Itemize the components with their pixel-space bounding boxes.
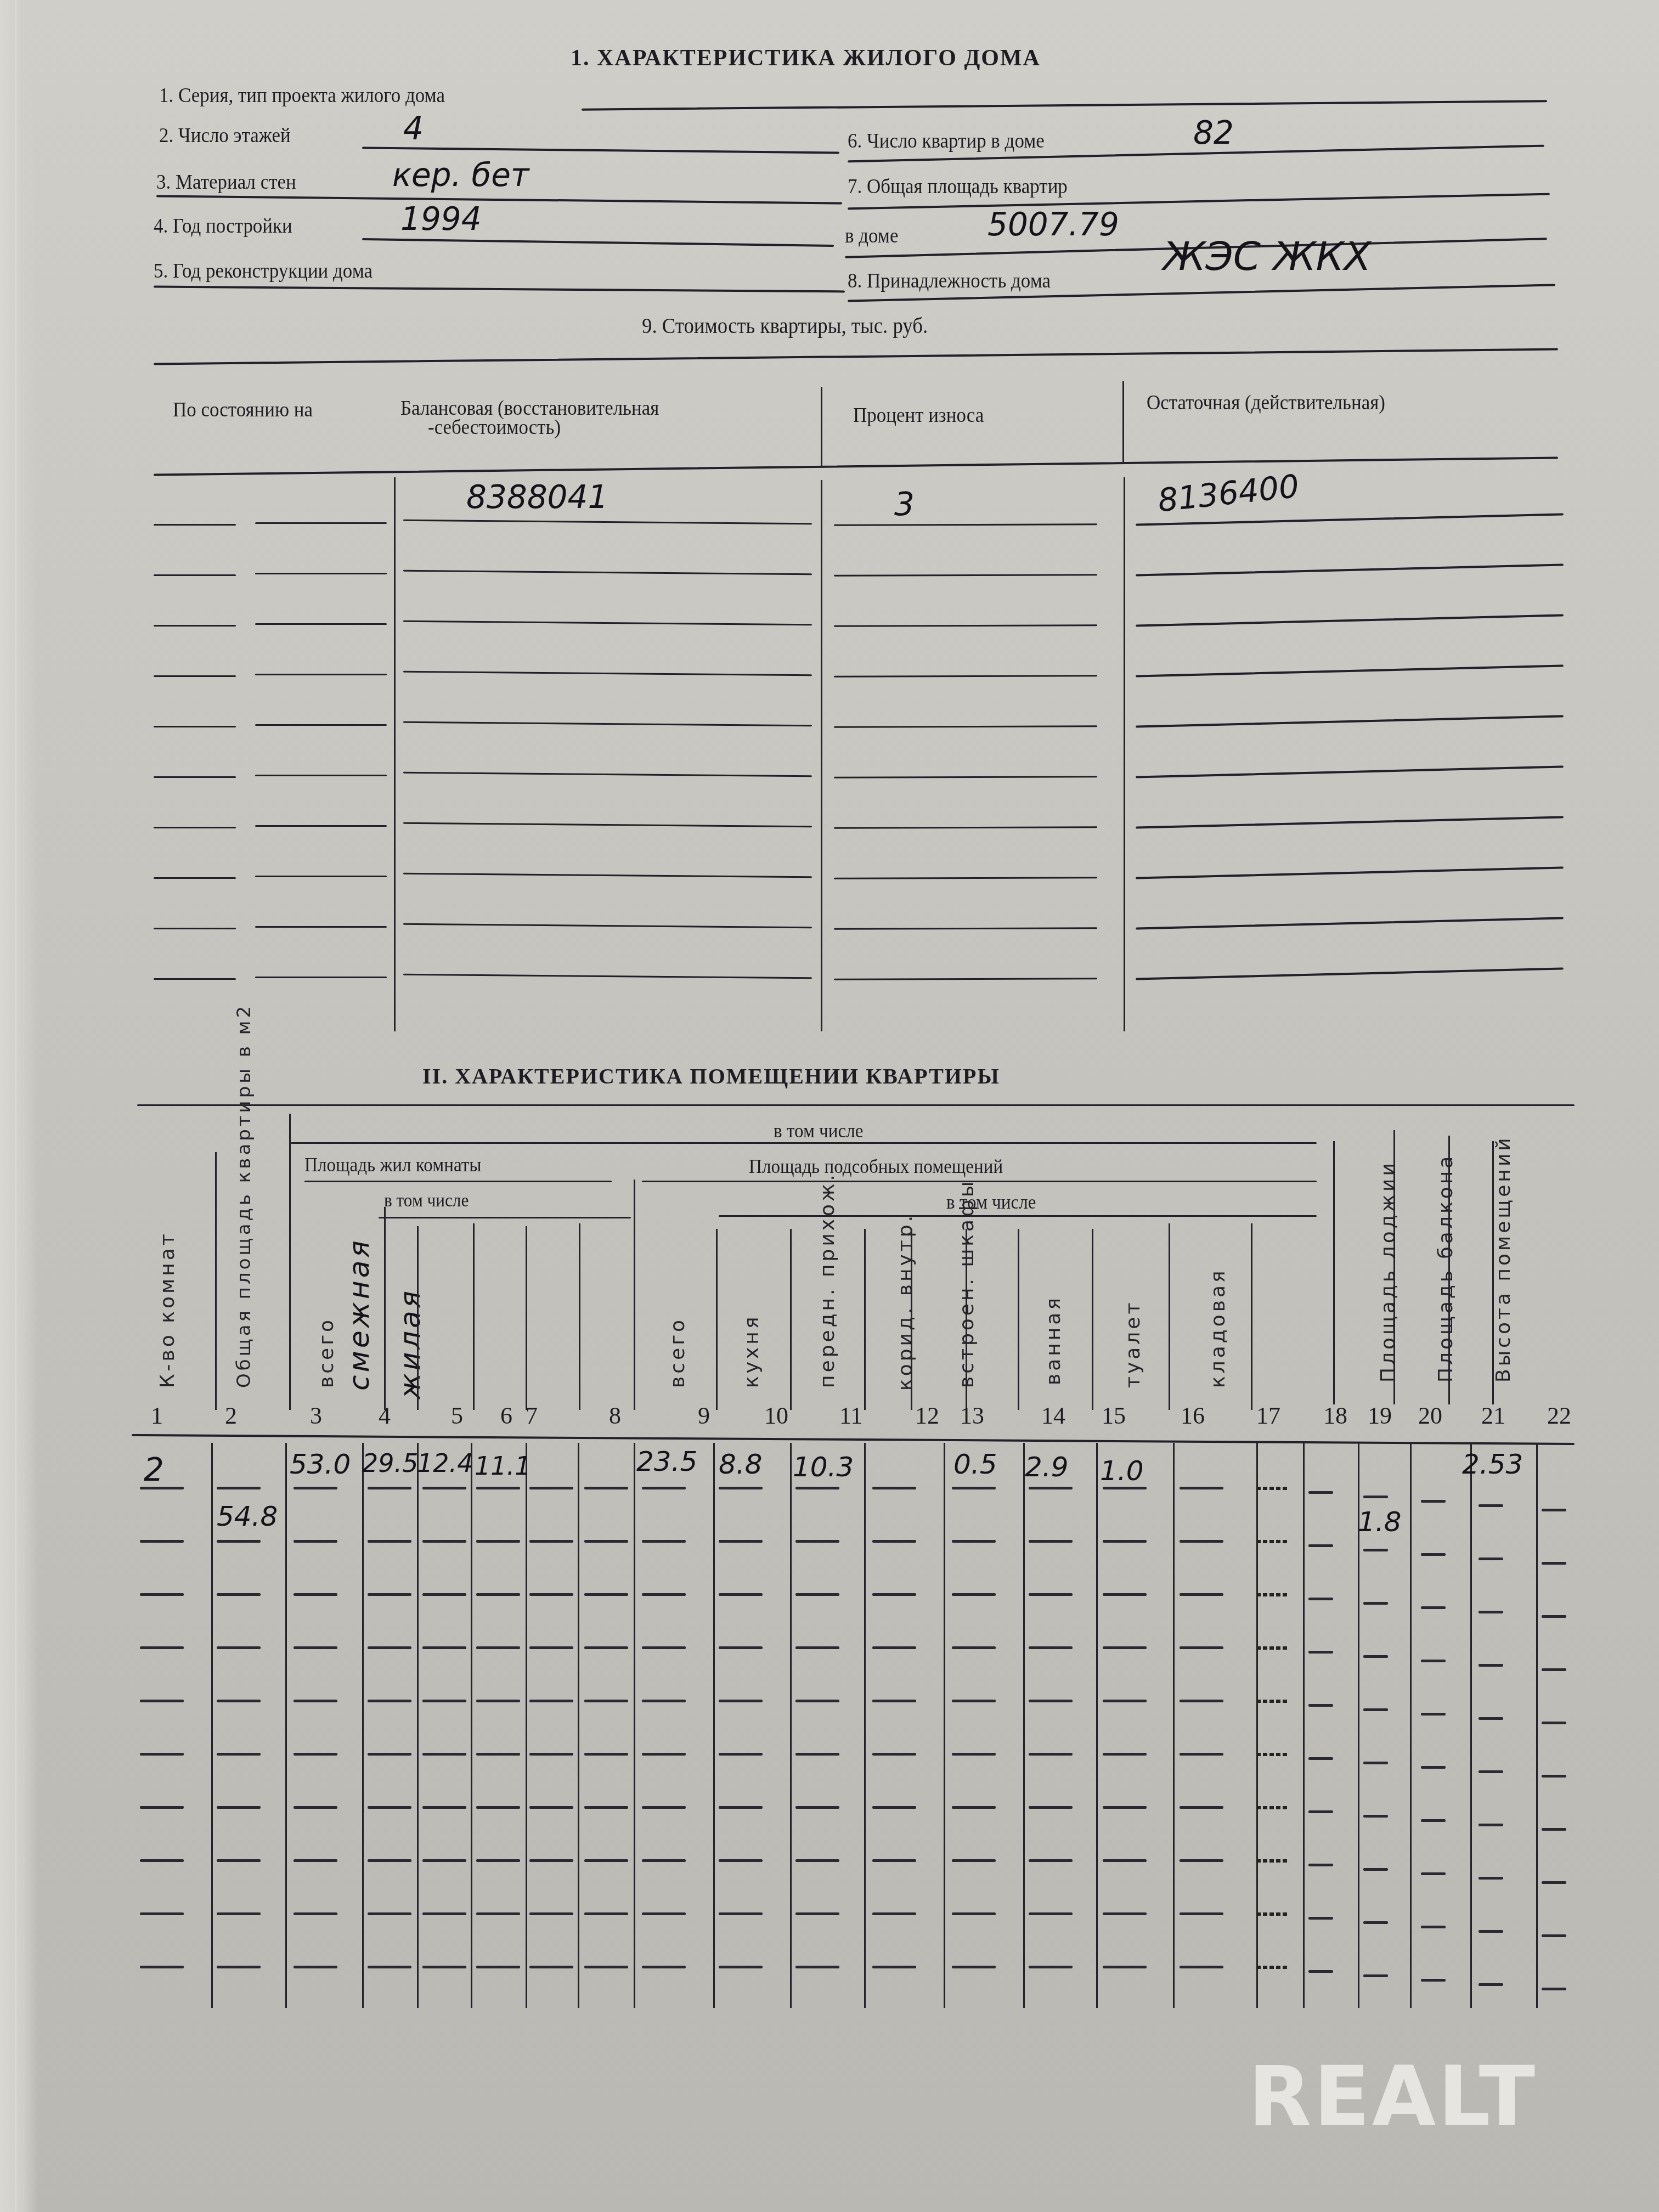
column-number: 3 [310, 1402, 322, 1430]
cell-dash [476, 1806, 520, 1809]
cell-dash [872, 1540, 916, 1543]
cell-dash [584, 1700, 628, 1702]
cell-dash [217, 1487, 261, 1489]
realt-watermark-logo: REALT [1248, 2049, 1537, 2145]
header-divider [1251, 1223, 1252, 1410]
header-living-including: в том числе [384, 1190, 469, 1211]
cell-dash [529, 1700, 573, 1702]
cell-dash [584, 1753, 628, 1756]
cost-row-rule [834, 675, 1097, 678]
cell-dash [952, 1753, 996, 1756]
cost-row-rule [403, 520, 812, 525]
column-number: 19 [1368, 1402, 1392, 1430]
cell-dash [1103, 1859, 1147, 1862]
cell-total-area: 54.8 [217, 1500, 278, 1532]
cell-dash [872, 1593, 916, 1596]
dotted-mark [1256, 1700, 1289, 1703]
cell-dash [1180, 1859, 1223, 1862]
cost-row-rule [255, 977, 387, 978]
cell-dash [952, 1540, 996, 1543]
cell-dash [140, 1806, 184, 1809]
cost-row-rule [403, 923, 812, 929]
cost-row-rule [1136, 614, 1564, 627]
cell-dash [795, 1806, 839, 1809]
cell-dash [1308, 1651, 1333, 1654]
cell-toilet: 1.0 [1100, 1455, 1144, 1487]
cost-row-rule [834, 978, 1097, 980]
cell-dash [1421, 1926, 1446, 1928]
cell-dash [368, 1859, 411, 1862]
cell-dash [422, 1487, 466, 1489]
cell-dash [1421, 1819, 1446, 1822]
cell-dash [1421, 1979, 1446, 1982]
header-divider [215, 1152, 217, 1410]
header-divider [579, 1223, 580, 1410]
cost-row-rule [834, 826, 1097, 829]
cell-dash [1029, 1700, 1073, 1702]
cell-dash [368, 1912, 411, 1915]
cell-rooms-count: 2 [144, 1451, 164, 1488]
cost-row-rule [834, 574, 1097, 577]
handwritten-adjacent: смежная [343, 1215, 376, 1391]
cell-dash [872, 1700, 916, 1702]
cell-aux-total: 23.5 [636, 1446, 697, 1477]
cost-row-rule [255, 926, 387, 928]
header-divider [716, 1229, 718, 1410]
cost-row-rule [154, 877, 236, 879]
cell-dash [1479, 1558, 1503, 1560]
header-residual: Остаточная (действительная) [1147, 391, 1385, 415]
cell-dash [1308, 1491, 1333, 1494]
header-divider [1092, 1229, 1093, 1410]
cell-dash [795, 1540, 839, 1543]
rule-living-including [379, 1217, 631, 1218]
handwritten-living: жилая [394, 1234, 427, 1399]
cell-dash [1029, 1966, 1073, 1968]
cell-dash [1180, 1966, 1223, 1968]
header-divider [1333, 1141, 1335, 1404]
cell-living-total: 53.0 [290, 1448, 351, 1480]
cell-dash [1542, 1615, 1566, 1618]
cell-dash [1180, 1540, 1223, 1543]
header-date: По состоянию на [173, 398, 313, 422]
field-walls-label: 3. Материал стен [156, 170, 296, 194]
cell-dash [872, 1487, 916, 1489]
field-ownership-value: ЖЭС ЖКХ [1163, 233, 1371, 279]
cost-table-header-rule [154, 456, 1558, 476]
cell-dash [140, 1859, 184, 1862]
cell-dash [584, 1859, 628, 1862]
cell-dash [368, 1966, 411, 1968]
cell-dash [642, 1487, 686, 1489]
cell-dash [368, 1753, 411, 1756]
column-number: 2 [225, 1402, 237, 1430]
cell-dash [217, 1859, 261, 1862]
column-number: 10 [764, 1402, 788, 1430]
header-wear: Процент износа [853, 403, 984, 427]
cost-row-rule [255, 623, 387, 625]
column-number: 13 [960, 1402, 984, 1430]
field-area-in-house-label: в доме [845, 224, 898, 248]
header-divider [1448, 1136, 1450, 1404]
cell-dash [952, 1966, 996, 1968]
cell-dash [1180, 1700, 1223, 1702]
cost-row-rule [154, 827, 236, 828]
cell-dash [1542, 1509, 1566, 1511]
cell-dash [1363, 1496, 1388, 1498]
column-number: 21 [1481, 1402, 1505, 1430]
cell-dash [476, 1540, 520, 1543]
cell-dash [1308, 1917, 1333, 1920]
cell-dash [584, 1487, 628, 1489]
cell-dash [368, 1700, 411, 1702]
cell-dash [719, 1540, 763, 1543]
cost-balance-value: 8388041 [466, 478, 608, 516]
cell-dash [368, 1593, 411, 1596]
dotted-mark [1256, 1540, 1289, 1543]
cell-dash [422, 1593, 466, 1596]
cell-dash [1308, 1704, 1333, 1707]
cell-bathroom: 2.9 [1025, 1451, 1069, 1483]
dotted-mark [1256, 1753, 1289, 1756]
cell-dash [476, 1859, 520, 1862]
cost-col-divider [394, 477, 396, 1031]
cell-dash [1029, 1487, 1073, 1489]
cell-dash [795, 1859, 839, 1862]
cell-dash [584, 1806, 628, 1809]
col-corridor: корид. внутр. [894, 1297, 938, 1391]
cost-row-rule [1136, 816, 1564, 828]
column-number: 1 [151, 1402, 163, 1430]
cell-dash [476, 1912, 520, 1915]
col-loggia: Площадь лоджии [1377, 1158, 1400, 1383]
header-divider [417, 1226, 419, 1410]
column-number: 12 [915, 1402, 939, 1430]
cell-dash [217, 1646, 261, 1649]
cell-dash [1180, 1912, 1223, 1915]
cell-dash [1421, 1500, 1446, 1503]
cell-dash [1103, 1540, 1147, 1543]
column-divider [790, 1443, 792, 2008]
col-closets: встроен. шкафы [956, 1278, 1000, 1388]
cell-dash [1363, 1708, 1388, 1711]
cell-dash [1479, 1930, 1503, 1933]
cell-dash [217, 1540, 261, 1543]
cell-dash [1363, 1655, 1388, 1658]
cell-dash [719, 1912, 763, 1915]
cell-dash [1103, 1753, 1147, 1756]
cell-dash [1421, 1713, 1446, 1716]
field-apartments-value: 82 [1193, 114, 1234, 151]
col-balcony: Площадь балкона [1435, 1158, 1457, 1383]
cell-dash [1180, 1753, 1223, 1756]
column-number: 6 [500, 1402, 512, 1430]
rule-aux [642, 1181, 1317, 1182]
cell-dash [294, 1806, 337, 1809]
cell-dash [1479, 1664, 1503, 1667]
cell-dash [1363, 1868, 1388, 1871]
cell-dash [368, 1646, 411, 1649]
column-number: 22 [1547, 1402, 1571, 1430]
cell-dash [529, 1912, 573, 1915]
cell-dash [1479, 1983, 1503, 1986]
cell-dash [294, 1700, 337, 1702]
cell-dash [529, 1646, 573, 1649]
field-reconstruction-label: 5. Год реконструкции дома [154, 259, 373, 283]
cost-row-rule [1136, 967, 1564, 980]
header-divider [911, 1229, 912, 1410]
column-divider [526, 1443, 527, 2008]
column-divider [944, 1443, 945, 2008]
cell-dash [1479, 1611, 1503, 1613]
dotted-mark [1256, 1859, 1289, 1863]
cell-dash [952, 1912, 996, 1915]
cost-row-rule [403, 620, 812, 626]
cell-dash [1180, 1593, 1223, 1596]
cell-dash [642, 1966, 686, 1968]
cell-dash [719, 1646, 763, 1649]
cost-residual-value: 8136400 [1156, 467, 1301, 520]
cell-dash [1308, 1810, 1333, 1813]
cost-col-divider [1124, 477, 1125, 1031]
cell-dash [642, 1912, 686, 1915]
cell-dash [217, 1753, 261, 1756]
cell-dash [795, 1593, 839, 1596]
cell-dash [422, 1753, 466, 1756]
column-divider [1410, 1443, 1412, 2008]
header-divider [634, 1180, 635, 1410]
cell-dash [1029, 1806, 1073, 1809]
col-bathroom: ванная [1042, 1286, 1065, 1385]
col-toilet: туалет [1122, 1295, 1144, 1388]
cell-dash [529, 1487, 573, 1489]
cost-row-rule [403, 822, 812, 828]
cost-row-rule [255, 573, 387, 574]
cell-dash [1308, 1864, 1333, 1866]
cost-row-rule [403, 772, 812, 777]
cell-dash [1180, 1806, 1223, 1809]
cell-dash [1103, 1700, 1147, 1702]
cost-row-rule [834, 927, 1097, 930]
cost-row-rule [834, 725, 1097, 728]
field-reconstruction-underline [154, 286, 845, 293]
cell-dash [1180, 1646, 1223, 1649]
cell-dash [1542, 1988, 1566, 1990]
column-divider [1536, 1443, 1538, 2008]
cell-dash [422, 1806, 466, 1809]
cell-dash [529, 1806, 573, 1809]
cell-dash [1479, 1770, 1503, 1773]
cell-dash [140, 1593, 184, 1596]
col-storage: кладовая [1207, 1267, 1229, 1388]
cell-dash [217, 1912, 261, 1915]
cost-header-divider [821, 387, 822, 466]
cell-dash [1308, 1757, 1333, 1760]
cost-row-rule [154, 524, 236, 526]
cost-header-divider [1122, 381, 1124, 464]
cell-dash [294, 1912, 337, 1915]
cost-row-rule [255, 825, 387, 827]
cell-dash [1029, 1859, 1073, 1862]
cell-dash [422, 1540, 466, 1543]
cell-dash [952, 1700, 996, 1702]
cell-dash [719, 1859, 763, 1862]
cell-dash [422, 1700, 466, 1702]
cell-dash [1479, 1717, 1503, 1720]
column-number: 8 [609, 1402, 621, 1430]
field-series-label: 1. Серия, тип проекта жилого дома [159, 83, 445, 108]
cell-dash [642, 1806, 686, 1809]
column-divider [713, 1443, 715, 2008]
cell-dash [952, 1859, 996, 1862]
cost-row-rule [1136, 765, 1564, 778]
cost-row-rule [834, 624, 1097, 627]
cost-row-rule [1136, 664, 1564, 677]
cell-dash [294, 1859, 337, 1862]
cell-dash [140, 1540, 184, 1543]
cell-dash [1363, 1602, 1388, 1605]
cell-dash [140, 1753, 184, 1756]
cell-dash [1103, 1966, 1147, 1968]
paper-edge [0, 0, 38, 2212]
cell-dash [719, 1753, 763, 1756]
header-divider [1018, 1229, 1019, 1410]
cost-row-rule [403, 974, 812, 979]
column-number: 17 [1256, 1402, 1280, 1430]
header-divider [526, 1226, 527, 1410]
cell-dash [140, 1912, 184, 1915]
header-divider [473, 1223, 475, 1410]
cost-row-rule [403, 873, 812, 878]
cell-dash [1421, 1660, 1446, 1662]
cell-dash [1542, 1828, 1566, 1831]
field-area-in-house-value: 5007.79 [988, 206, 1119, 243]
header-including: в том числе [774, 1119, 863, 1142]
cell-dash [294, 1966, 337, 1968]
cell-dash [217, 1806, 261, 1809]
rule-aux-including [719, 1215, 1317, 1217]
header-divider [1492, 1141, 1494, 1404]
cell-dash [1308, 1970, 1333, 1973]
cell-dash [1029, 1593, 1073, 1596]
cell-dash [1363, 1815, 1388, 1818]
col-kitchen: кухня [741, 1300, 763, 1388]
field-ownership-label: 8. Принадлежность дома [848, 269, 1051, 293]
cell-dash [476, 1700, 520, 1702]
field-walls-underline [156, 195, 842, 204]
cell-dash [642, 1593, 686, 1596]
cell-dash [719, 1700, 763, 1702]
column-divider [1096, 1443, 1098, 2008]
cost-row-rule [154, 574, 236, 576]
column-divider [211, 1443, 213, 2008]
cell-dash [795, 1700, 839, 1702]
cell-dash [1103, 1487, 1147, 1489]
cell-dash [795, 1487, 839, 1489]
dotted-mark [1256, 1593, 1289, 1596]
column-number: 9 [698, 1402, 710, 1430]
field-total-area-label: 7. Общая площадь квартир [848, 174, 1068, 199]
cost-row-rule [255, 876, 387, 877]
cell-dash [795, 1912, 839, 1915]
col-rooms-count: К-во комнат [156, 1223, 179, 1388]
column-number: 18 [1323, 1402, 1347, 1430]
dotted-mark [1256, 1806, 1289, 1809]
cell-dash [872, 1912, 916, 1915]
cost-wear-value: 3 [894, 486, 915, 523]
cell-dash [294, 1487, 337, 1489]
cell-dash [368, 1487, 411, 1489]
cell-dash [368, 1806, 411, 1809]
header-divider [966, 1229, 967, 1410]
cost-row-rule [255, 522, 387, 524]
dotted-mark [1256, 1966, 1289, 1969]
cell-dash [642, 1859, 686, 1862]
rule-including [291, 1142, 1317, 1144]
cell-dash [140, 1966, 184, 1968]
cell-dash [1363, 1762, 1388, 1764]
rooms-table-top-rule [137, 1104, 1575, 1106]
column-divider [362, 1443, 364, 2008]
cell-dash [529, 1753, 573, 1756]
cell-dash [476, 1966, 520, 1968]
cell-dash [1103, 1593, 1147, 1596]
cell-ceiling-height: 2.53 [1462, 1448, 1523, 1480]
cell-dash [795, 1753, 839, 1756]
cell-dash [584, 1912, 628, 1915]
cell-dash [719, 1593, 763, 1596]
cost-row-rule [834, 776, 1097, 778]
cost-row-rule [403, 570, 812, 575]
column-divider [1470, 1443, 1472, 2008]
cell-dash [872, 1966, 916, 1968]
cell-dash [1103, 1646, 1147, 1649]
cell-dash [1029, 1753, 1073, 1756]
cell-dash [529, 1859, 573, 1862]
cell-adjacent: 29.5 [362, 1448, 418, 1478]
cell-closets: 0.5 [953, 1448, 997, 1480]
field-series-underline [582, 100, 1547, 110]
cell-dash [1308, 1598, 1333, 1600]
cell-dash [1421, 1553, 1446, 1556]
cell-dash [642, 1540, 686, 1543]
cell-dash [140, 1646, 184, 1649]
header-divider [1393, 1130, 1395, 1404]
cell-dash [294, 1646, 337, 1649]
column-divider [864, 1443, 866, 2008]
cost-row-rule [154, 978, 236, 980]
cell-dash [1479, 1504, 1503, 1507]
cost-row-rule [255, 674, 387, 675]
column-divider [1173, 1443, 1175, 2008]
header-divider [289, 1114, 291, 1410]
cost-row-rule [154, 675, 236, 677]
cell-dash [642, 1700, 686, 1702]
cost-col-divider [821, 480, 822, 1031]
column-divider [285, 1443, 287, 2008]
cell-dash [217, 1700, 261, 1702]
cell-dash [1479, 1877, 1503, 1880]
field-walls-value: кер. бет [392, 156, 529, 194]
cost-row-rule [834, 523, 1097, 526]
cell-dash [952, 1646, 996, 1649]
cell-dash [1542, 1934, 1566, 1937]
header-divider [384, 1207, 386, 1410]
cell-dash [217, 1593, 261, 1596]
cost-row-rule [403, 721, 812, 727]
section2-title: II. ХАРАКТЕРИСТИКА ПОМЕЩЕНИИ КВАРТИРЫ [422, 1063, 1000, 1089]
cell-dash [1103, 1806, 1147, 1809]
